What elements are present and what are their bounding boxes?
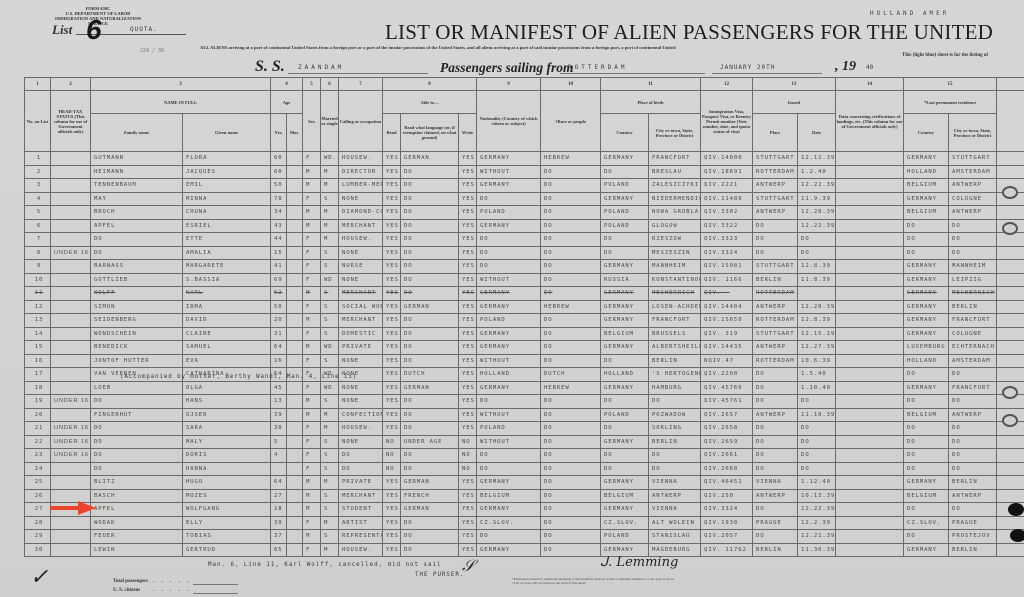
read-language: GERMAN	[401, 503, 459, 517]
margin	[997, 368, 1024, 382]
family-name: DO	[91, 395, 183, 409]
issued-place: VIENNA	[753, 476, 798, 490]
table-row: 18LOEBOLGA45FWDNONEYESGERMANYESGERMANYHE…	[25, 381, 1024, 395]
can-read: YES	[383, 503, 401, 517]
age-months	[287, 206, 303, 220]
passenger-manifest-table: 1 2 3 4 5 6 7 8 9 10 11 12 13 14 15 No. …	[24, 77, 1024, 557]
age-years: 39	[271, 408, 287, 422]
age-years: 37	[271, 530, 287, 544]
can-write: YES	[459, 543, 477, 557]
age-years: 39	[271, 516, 287, 530]
family-name: DO	[91, 246, 183, 260]
row-number: 9	[25, 260, 51, 274]
issued-date: DO	[798, 449, 836, 463]
residence-country: BELGIUM	[904, 408, 949, 422]
birth-country: GERMANY	[601, 476, 649, 490]
row-number: 7	[25, 233, 51, 247]
marital-status: M	[321, 543, 339, 557]
family-name: SIMON	[91, 300, 183, 314]
age-months	[287, 354, 303, 368]
visa-number: QIV. -	[701, 287, 753, 301]
nationality: DO	[477, 530, 541, 544]
birth-city: DO	[649, 449, 701, 463]
verification	[836, 314, 904, 328]
read-language: DUTCH	[401, 368, 459, 382]
family-name: FINGERHUT	[91, 408, 183, 422]
verification	[836, 192, 904, 206]
sex: F	[303, 516, 321, 530]
head-tax-status	[51, 327, 91, 341]
age-years: 44	[271, 233, 287, 247]
can-write: YES	[459, 341, 477, 355]
read-language: DO	[401, 395, 459, 409]
age-months	[287, 449, 303, 463]
issued-place: ROTTERDAM	[753, 287, 798, 301]
margin	[997, 246, 1024, 260]
given-name: SARA	[183, 422, 271, 436]
visa-number: QIV.15901	[701, 260, 753, 274]
can-write: YES	[459, 327, 477, 341]
visa-number: QIV.11480	[701, 192, 753, 206]
verification	[836, 368, 904, 382]
read-language: DO	[401, 233, 459, 247]
birth-country: DO	[601, 449, 649, 463]
nationality: WITHOUT	[477, 165, 541, 179]
residence-country: DO	[904, 503, 949, 517]
family-name: BROCH	[91, 206, 183, 220]
residence-country: DO	[904, 449, 949, 463]
issued-place: STUTTGART	[753, 260, 798, 274]
occupation: PRIVATE	[339, 476, 383, 490]
can-write: YES	[459, 206, 477, 220]
marital-status: WD	[321, 381, 339, 395]
header-residence-city: City or town, State, Province or Distric…	[949, 114, 997, 152]
residence-city: ANTWERP	[949, 179, 997, 193]
can-write: YES	[459, 422, 477, 436]
table-row: 2HEIMANNJACQUES60MMDIRECTORYESDOYESWITHO…	[25, 165, 1024, 179]
sex: M	[303, 476, 321, 490]
read-language: DO	[401, 287, 459, 301]
age-years: 52	[271, 287, 287, 301]
race: DO	[541, 435, 601, 449]
residence-country: DO	[904, 246, 949, 260]
age-years: 18	[271, 503, 287, 517]
header-write: Write	[459, 114, 477, 152]
verification	[836, 327, 904, 341]
row-number: 15	[25, 341, 51, 355]
can-write: YES	[459, 152, 477, 166]
head-tax-status	[51, 368, 91, 382]
row-number: 14	[25, 327, 51, 341]
occupation: NONE	[339, 273, 383, 287]
residence-city: FRANCFORT	[949, 381, 997, 395]
table-row: 15BENEDICKSAMUEL64MWDPRIVATEYESDOYESGERM…	[25, 341, 1024, 355]
residence-city: AMSTERDAM	[949, 165, 997, 179]
can-write: YES	[459, 354, 477, 368]
marital-status: M	[321, 179, 339, 193]
sailing-label: Passengers sailing from	[440, 60, 574, 76]
margin	[997, 489, 1024, 503]
purser-label: THE PURSER.	[415, 572, 464, 578]
birth-city: FRANCFORT	[649, 152, 701, 166]
birth-country: GERMANY	[601, 287, 649, 301]
birth-country: HOLLAND	[601, 368, 649, 382]
head-tax-status	[51, 408, 91, 422]
family-name: GUTMANN	[91, 152, 183, 166]
nationality: WITHOUT	[477, 408, 541, 422]
header-nationality: Nationality (Country of which citizen or…	[477, 91, 541, 152]
verification	[836, 449, 904, 463]
manifest-page: FORM 630C U.S. DEPARTMENT OF LABOR IMMIG…	[0, 0, 1024, 597]
row-number: 26	[25, 489, 51, 503]
marital-status: M	[321, 476, 339, 490]
visa-number: QIV.2221	[701, 179, 753, 193]
age-years: 27	[271, 489, 287, 503]
table-row: 24DOHANNAFSDONODONODODODODOQIV.2660DODOD…	[25, 462, 1024, 476]
birth-country: RUSSIA	[601, 273, 649, 287]
residence-country: GERMANY	[904, 327, 949, 341]
table-row: 30LEWINGERTRUD65FMHOUSEW.YESDOYESGERMANY…	[25, 543, 1024, 557]
birth-city: BERLIN	[649, 354, 701, 368]
head-tax-status: UNDER 16	[51, 422, 91, 436]
age-months	[287, 165, 303, 179]
header-place-of-birth: Place of birth	[601, 91, 701, 114]
age-months	[287, 287, 303, 301]
residence-city: STUTTGART	[949, 152, 997, 166]
row-number: 21	[25, 422, 51, 436]
header-years: Yrs.	[271, 114, 287, 152]
occupation: CONFECTIONER	[339, 408, 383, 422]
marital-status: M	[321, 206, 339, 220]
marital-status: S	[321, 314, 339, 328]
given-name: S.BASSIA	[183, 273, 271, 287]
birth-city: 'S HERTOGENBOSCH	[649, 368, 701, 382]
read-language: DO	[401, 422, 459, 436]
issued-date	[798, 287, 836, 301]
age-years: 78	[271, 192, 287, 206]
head-tax-status	[51, 314, 91, 328]
birth-country: DO	[601, 246, 649, 260]
can-read: NO	[383, 462, 401, 476]
residence-country: DO	[904, 395, 949, 409]
can-write: NO	[459, 435, 477, 449]
cancellation-note: Man. 6, Line 11, Karl Wolff, cancelled, …	[208, 562, 441, 568]
header-no-on-list: No. on List	[25, 91, 51, 152]
sex: F	[303, 462, 321, 476]
table-row: 20FINGERHUTOJSER39MMCONFECTIONERYESDOYES…	[25, 408, 1024, 422]
family-name: DO	[91, 233, 183, 247]
family-name: BARNASS	[91, 260, 183, 274]
nationality: DO	[477, 395, 541, 409]
can-write: YES	[459, 381, 477, 395]
head-tax-status	[51, 287, 91, 301]
verification	[836, 206, 904, 220]
verification	[836, 395, 904, 409]
age-years: 20	[271, 314, 287, 328]
given-name: ELLY	[183, 516, 271, 530]
race: DO	[541, 314, 601, 328]
visa-number: QIV.2660	[701, 462, 753, 476]
family-name: LEWIN	[91, 543, 183, 557]
sex: M	[303, 219, 321, 233]
birth-city: SOKLING	[649, 422, 701, 436]
stamp-mark: 224 / 36	[140, 48, 164, 54]
issued-date: 12.2.39	[798, 516, 836, 530]
occupation: STUDENT	[339, 503, 383, 517]
read-language: DO	[401, 516, 459, 530]
issued-date: 1.2.40	[798, 165, 836, 179]
row-number: 12	[25, 300, 51, 314]
race: DO	[541, 395, 601, 409]
marital-status: S	[321, 530, 339, 544]
marital-status: M	[321, 422, 339, 436]
table-row: 26BASCHMOZES27MSMERCHANTYESFRENCHYESBELG…	[25, 489, 1024, 503]
table-row: 3TENNENBAUMEMIL50MMLUMBER-MERCHANTYESDOY…	[25, 179, 1024, 193]
margin	[997, 273, 1024, 287]
occupation: SOCIAL WORKER	[339, 300, 383, 314]
marital-status: S	[321, 489, 339, 503]
verification	[836, 273, 904, 287]
given-name: EVA	[183, 354, 271, 368]
margin	[997, 543, 1024, 557]
birth-city: NIEDERMENDIG	[649, 192, 701, 206]
read-language: GERMAN	[401, 300, 459, 314]
marital-status: M	[321, 165, 339, 179]
birth-country: POLAND	[601, 530, 649, 544]
header-months: Mos.	[287, 114, 303, 152]
quota-label: QUOTA.	[130, 26, 158, 33]
can-read: YES	[383, 422, 401, 436]
header-visa: Immigration Visa, Passport Visa, or Reen…	[701, 91, 753, 152]
read-language: DO	[401, 206, 459, 220]
table-row: 25BLITZHUGO64MMPRIVATEYESGERMANYESGERMAN…	[25, 476, 1024, 490]
can-read: YES	[383, 287, 401, 301]
residence-city: PROSTEJOV	[949, 530, 997, 544]
verification	[836, 165, 904, 179]
can-write: YES	[459, 192, 477, 206]
table-row: 29FEUERTOBIAS37MSREPRESENTATIVEYESDOYESD…	[25, 530, 1024, 544]
read-language: DO	[401, 165, 459, 179]
residence-country: GERMANY	[904, 260, 949, 274]
age-months	[287, 516, 303, 530]
verification	[836, 381, 904, 395]
can-read: YES	[383, 516, 401, 530]
marital-status: S	[321, 260, 339, 274]
age-months	[287, 260, 303, 274]
age-years: 69	[271, 273, 287, 287]
issued-place: STUTTGART	[753, 152, 798, 166]
issued-place: ROTTERDAM	[753, 165, 798, 179]
birth-city: ANTWERP	[649, 489, 701, 503]
given-name: DAVID	[183, 314, 271, 328]
issued-place: DO	[753, 449, 798, 463]
birth-city: MESZESZIN	[649, 246, 701, 260]
passenger-rows: 1GUTMANNFLORA60FWD.HOUSEW.YESGERMANYESGE…	[25, 152, 1024, 557]
table-row: 13SEIDENBERGDAVID20MSMERCHANTYESDOYESPOL…	[25, 314, 1024, 328]
residence-country: GERMANY	[904, 152, 949, 166]
margin	[997, 435, 1024, 449]
marital-status: S	[321, 395, 339, 409]
visa-number: NQIV.47	[701, 354, 753, 368]
issued-date: 1.5.40	[798, 368, 836, 382]
visa-number: QIV.3324	[701, 503, 753, 517]
issued-date: DO	[798, 233, 836, 247]
residence-country: DO	[904, 368, 949, 382]
marital-status: M	[321, 408, 339, 422]
residence-country: GERMANY	[904, 273, 949, 287]
verification	[836, 422, 904, 436]
issued-place: ANTWERP	[753, 341, 798, 355]
family-name: MAY	[91, 192, 183, 206]
race: DO	[541, 341, 601, 355]
marital-status: WD	[321, 273, 339, 287]
head-tax-status: UNDER 16	[51, 246, 91, 260]
birth-city: ALT WOLEIN	[649, 516, 701, 530]
birth-country: GERMANY	[601, 435, 649, 449]
residence-city: BERLIN	[949, 543, 997, 557]
birth-country: GERMANY	[601, 314, 649, 328]
col-num: 1	[25, 78, 51, 91]
family-name: WODAK	[91, 516, 183, 530]
head-tax-status	[51, 354, 91, 368]
age-months	[287, 530, 303, 544]
can-read: YES	[383, 354, 401, 368]
residence-country: GERMANY	[904, 300, 949, 314]
company-name: HOLLAND AMER	[870, 10, 949, 17]
visa-number: QIV.1938	[701, 516, 753, 530]
can-read: YES	[383, 476, 401, 490]
row-number: 6	[25, 219, 51, 233]
sex: F	[303, 233, 321, 247]
verification	[836, 408, 904, 422]
col-num: 8	[383, 78, 477, 91]
occupation: MERCHANT	[339, 489, 383, 503]
birth-country: GERMANY	[601, 260, 649, 274]
can-write: NO	[459, 449, 477, 463]
header-issued-date: Date	[798, 114, 836, 152]
head-tax-status	[51, 165, 91, 179]
row-number: 4	[25, 192, 51, 206]
issued-date: 12.22.39	[798, 179, 836, 193]
visa-number: QIV. 11762	[701, 543, 753, 557]
can-read: YES	[383, 300, 401, 314]
binder-hole-icon	[1010, 529, 1024, 542]
issued-place: ROTTERDAM	[753, 354, 798, 368]
given-name: KARL	[183, 287, 271, 301]
margin	[997, 354, 1024, 368]
race: DO	[541, 246, 601, 260]
visa-number: QIV.14435	[701, 341, 753, 355]
table-row: 7DOETTE44FMHOUSEW.YESDOYESDODODORZESZOWQ…	[25, 233, 1024, 247]
marital-status: S	[321, 192, 339, 206]
race: DO	[541, 206, 601, 220]
issued-date: 12.20.39	[798, 300, 836, 314]
verification	[836, 503, 904, 517]
birth-city: KONSTANTINOGRAD	[649, 273, 701, 287]
marital-status: S	[321, 449, 339, 463]
verification	[836, 516, 904, 530]
row-number: 8	[25, 246, 51, 260]
residence-country: DO	[904, 233, 949, 247]
header-family-name: Family name	[91, 114, 183, 152]
issued-place: PRAGUE	[753, 516, 798, 530]
col-num: 3	[91, 78, 271, 91]
occupation: MERCHANT	[339, 219, 383, 233]
race: DO	[541, 179, 601, 193]
occupation: NURSE	[339, 260, 383, 274]
age-years: 64	[271, 341, 287, 355]
row-number: 2	[25, 165, 51, 179]
row-number: 27	[25, 503, 51, 517]
sex: F	[303, 273, 321, 287]
can-read: YES	[383, 341, 401, 355]
age-years: 34	[271, 206, 287, 220]
table-row: 4MAYMINNA78FSNONEYESDOYESDODOGERMANYNIED…	[25, 192, 1024, 206]
sex: F	[303, 543, 321, 557]
age-years	[271, 462, 287, 476]
red-arrow-icon	[50, 501, 96, 515]
given-name: SAMUEL	[183, 341, 271, 355]
header-head-tax: HEAD-TAX STATUS (This column for use of …	[51, 91, 91, 152]
given-name: CLAIRE	[183, 327, 271, 341]
issued-date: 10.13.39	[798, 489, 836, 503]
issued-place: DO	[753, 503, 798, 517]
age-years: 65	[271, 543, 287, 557]
family-name: JONTOF HUTTER	[91, 354, 183, 368]
margin	[997, 152, 1024, 166]
occupation: HOUSEW.	[339, 233, 383, 247]
occupation: DOMESTIC	[339, 327, 383, 341]
residence-country: DO	[904, 422, 949, 436]
issued-date: 12.22.39	[798, 219, 836, 233]
issued-date: 10.6.39	[798, 354, 836, 368]
row-number: 11	[25, 287, 51, 301]
age-months	[287, 408, 303, 422]
residence-city: ANTWERP	[949, 206, 997, 220]
issued-place: DO	[753, 462, 798, 476]
race: DO	[541, 516, 601, 530]
can-read: YES	[383, 152, 401, 166]
occupation: DO	[339, 462, 383, 476]
birth-country: GERMANY	[601, 381, 649, 395]
nationality: GERMANY	[477, 341, 541, 355]
read-language: DO	[401, 246, 459, 260]
residence-country: DO	[904, 530, 949, 544]
margin-check-mark: ✓	[30, 565, 48, 590]
can-write: YES	[459, 476, 477, 490]
visa-number: QIV.250	[701, 489, 753, 503]
sex: M	[303, 503, 321, 517]
sex: F	[303, 449, 321, 463]
birth-city: VIENNA	[649, 503, 701, 517]
family-name: BLITZ	[91, 476, 183, 490]
margin-col	[997, 91, 1024, 152]
table-row: 19UNDER 16DOHANS13MSNONEYESDOYESDODODODO…	[25, 395, 1024, 409]
row-number: 10	[25, 273, 51, 287]
total-passengers-row: Total passengers . . . . .	[113, 577, 238, 586]
nationality: WITHOUT	[477, 354, 541, 368]
occupation: HOUSEW.	[339, 422, 383, 436]
col-num: 2	[51, 78, 91, 91]
birth-country: BELGIUM	[601, 327, 649, 341]
margin	[997, 314, 1024, 328]
year-prefix: , 19	[835, 59, 856, 75]
read-language: FRENCH	[401, 489, 459, 503]
header-issued-place: Place	[753, 114, 798, 152]
can-read: YES	[383, 368, 401, 382]
read-language: DO	[401, 260, 459, 274]
can-read: YES	[383, 381, 401, 395]
